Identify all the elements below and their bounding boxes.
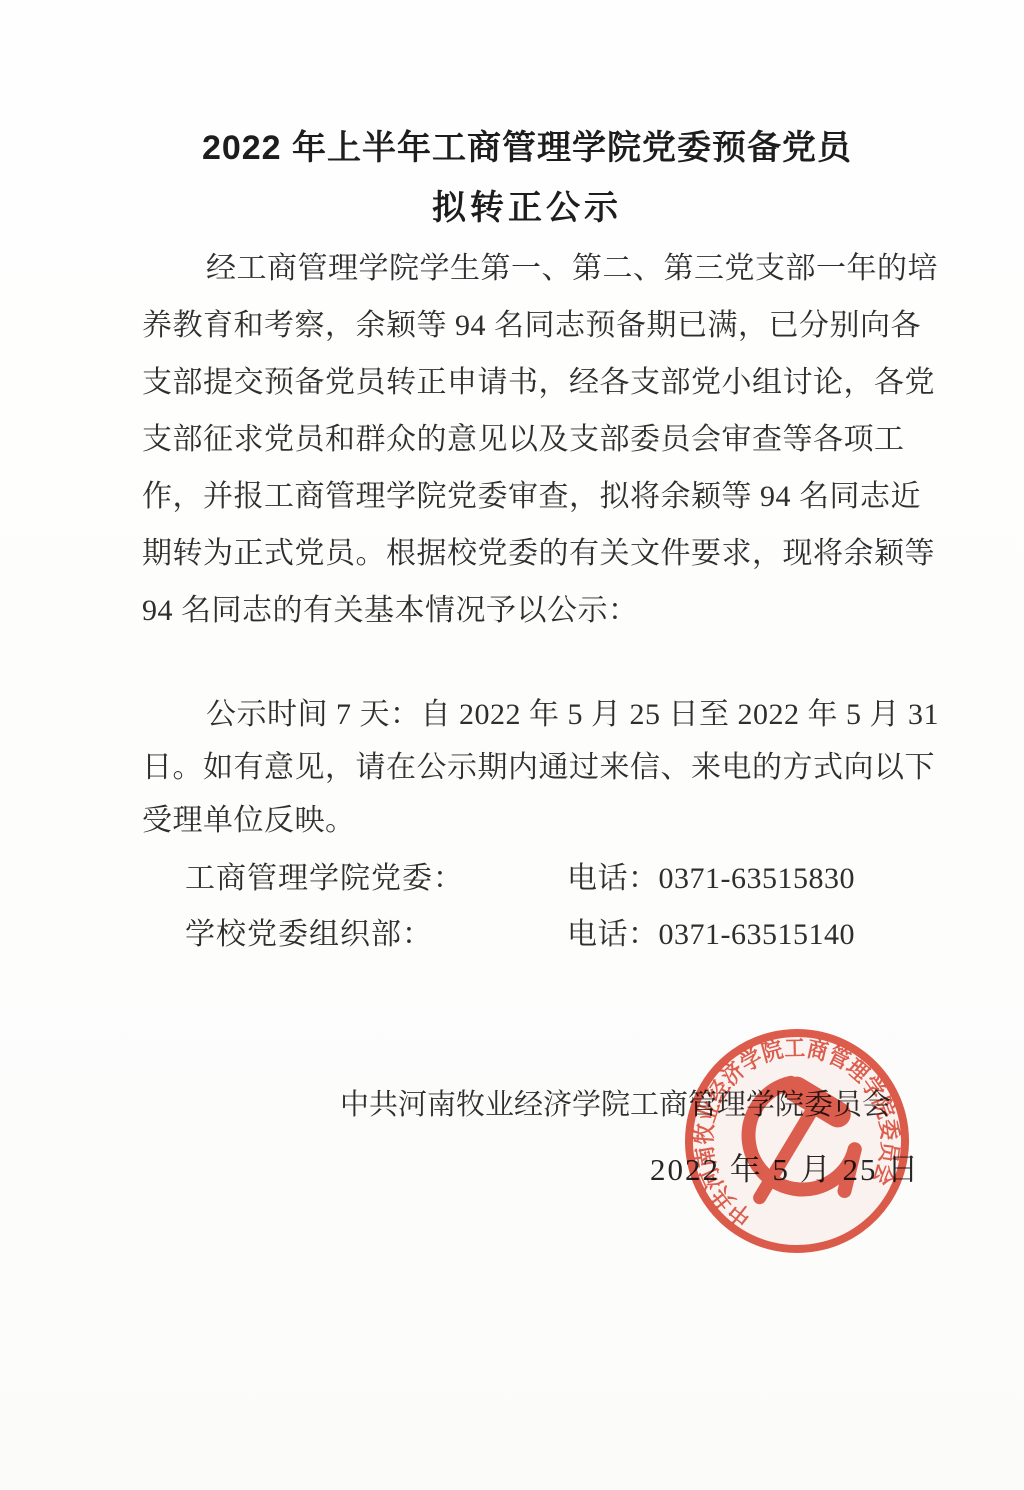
contact-phone-number: 电话：0371-63515140: [567, 909, 855, 953]
document-page: 2022 年上半年工商管理学院党委预备党员 拟转正公示 经工商管理学院学生第一、…: [0, 0, 1024, 1490]
contact-label: 学校党委组织部：: [185, 909, 433, 953]
title-line-1: 2022 年上半年工商管理学院党委预备党员: [15, 126, 1024, 170]
contact-row: 工商管理学院党委： 电话：0371-63515830: [0, 853, 1024, 893]
body-line: 期转为正式党员。根据校党委的有关文件要求，现将余颖等: [142, 525, 908, 582]
body-line: 94 名同志的有关基本情况予以公示：: [142, 582, 908, 639]
body-paragraph-1: 经工商管理学院学生第一、第二、第三党支部一年的培 养教育和考察，余颖等 94 名…: [142, 240, 908, 639]
title-line-2: 拟转正公示: [15, 186, 1024, 230]
body-paragraph-2: 公示时间 7 天：自 2022 年 5 月 25 日至 2022 年 5 月 3…: [142, 688, 908, 847]
body-line: 支部征求党员和群众的意见以及支部委员会审查等各项工: [142, 411, 908, 468]
document-title: 2022 年上半年工商管理学院党委预备党员 拟转正公示: [15, 126, 1024, 230]
contact-phone-number: 电话：0371-63515830: [567, 853, 855, 897]
body-line: 公示时间 7 天：自 2022 年 5 月 25 日至 2022 年 5 月 3…: [142, 688, 908, 741]
body-line: 支部提交预备党员转正申请书，经各支部党小组讨论，各党: [142, 354, 908, 411]
contact-label: 工商管理学院党委：: [185, 853, 464, 897]
contact-row: 学校党委组织部： 电话：0371-63515140: [0, 909, 1024, 949]
body-line: 经工商管理学院学生第一、第二、第三党支部一年的培: [142, 240, 908, 297]
body-line: 受理单位反映。: [142, 794, 908, 847]
body-line: 日。如有意见，请在公示期内通过来信、来电的方式向以下: [142, 741, 908, 794]
official-seal: 中共河南牧业经济学院工商管理学院委员会: [654, 998, 940, 1284]
body-line: 作，并报工商管理学院党委审查，拟将余颖等 94 名同志近: [142, 468, 908, 525]
body-line: 养教育和考察，余颖等 94 名同志预备期已满，已分别向各: [142, 297, 908, 354]
